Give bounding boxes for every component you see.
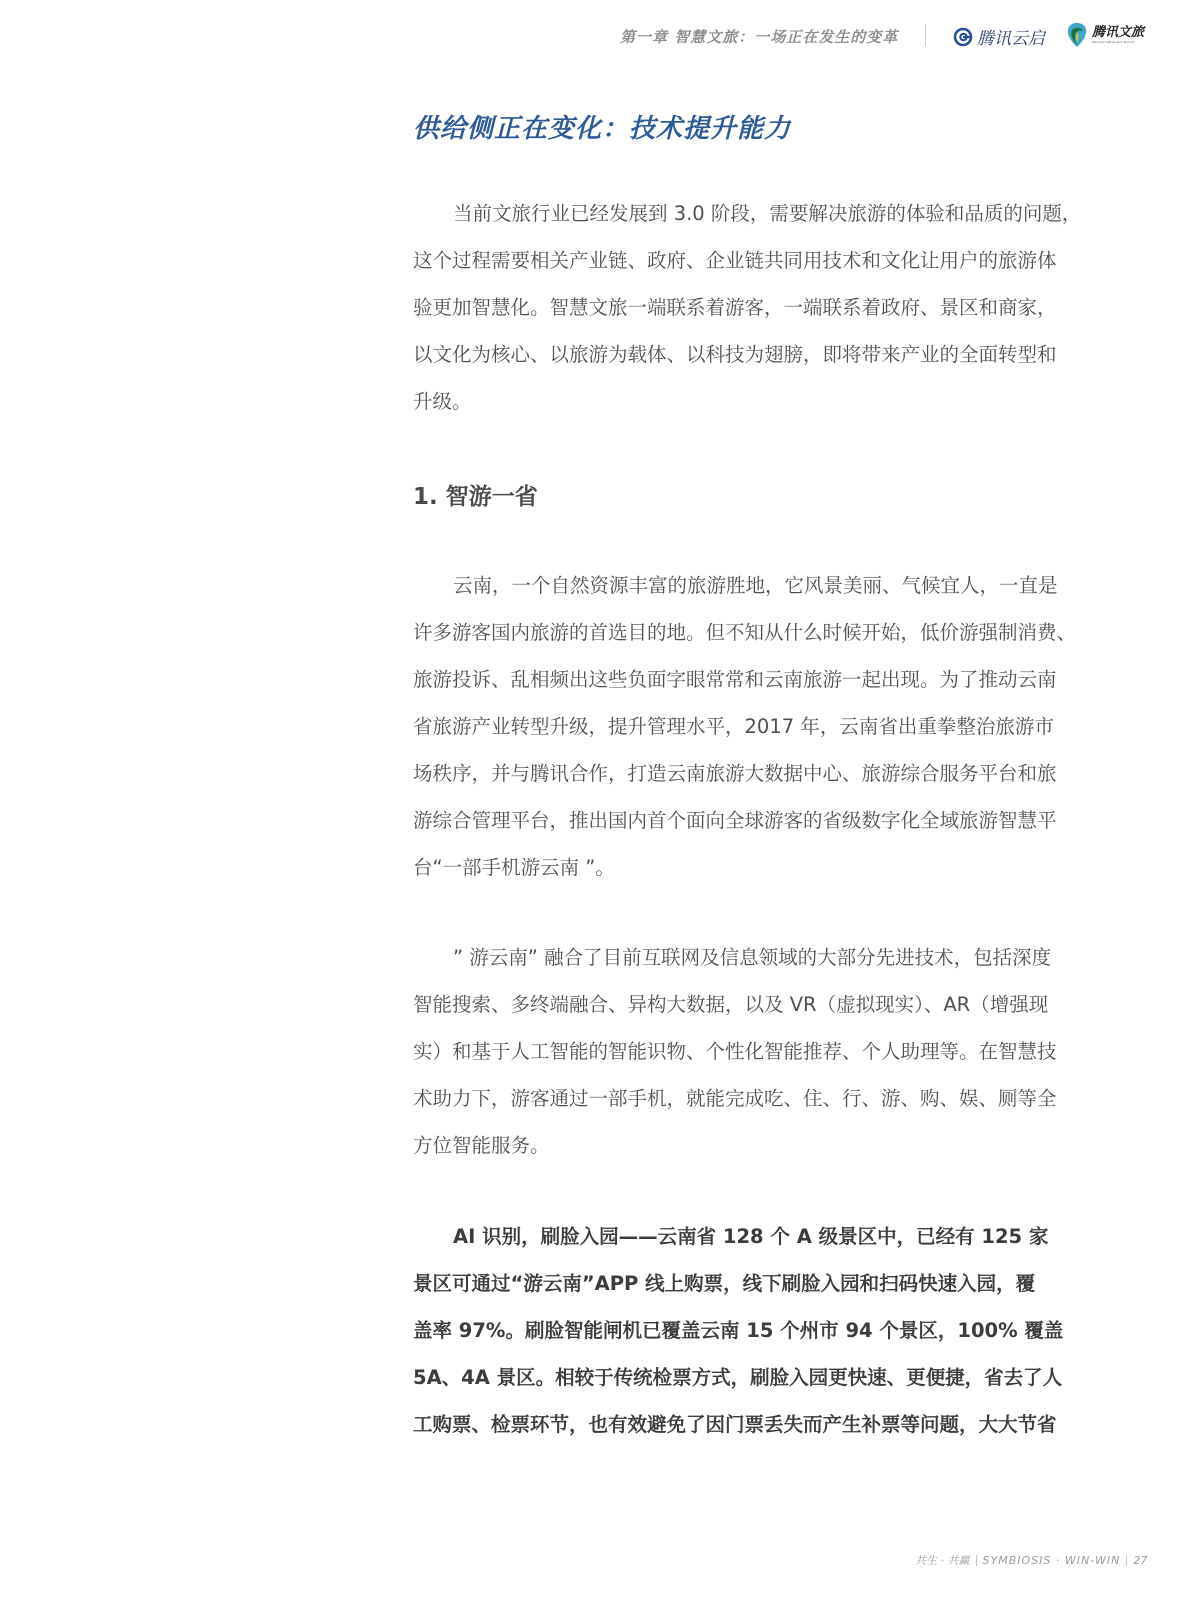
tencent-culture-logo-subtext: Tencent Culture and Tourism: [1092, 41, 1144, 44]
page-header: 第一章 智慧文旅：一场正在发生的变革 腾讯云启 腾讯文旅 Tencent Cul…: [0, 22, 1192, 52]
footer-divider: [1126, 1555, 1127, 1566]
paragraph-line: 实）和基于人工智能的智能识物、个性化智能推荐、个人助理等。在智慧技: [413, 1028, 1073, 1075]
chapter-title: 第一章 智慧文旅：一场正在发生的变革: [620, 26, 898, 47]
tencent-culture-logo: 腾讯文旅 Tencent Culture and Tourism: [1066, 22, 1144, 48]
tencent-cloud-logo: 腾讯云启: [953, 24, 1045, 49]
paragraph-line: 以文化为核心、以旅游为载体、以科技为翅膀，即将带来产业的全面转型和: [413, 331, 1073, 378]
paragraph-line: 工购票、检票环节，也有效避免了因门票丢失而产生补票等问题，大大节省: [413, 1401, 1073, 1448]
paragraph-line: 省旅游产业转型升级，提升管理水平，2017 年，云南省出重拳整治旅游市: [413, 703, 1073, 750]
paragraph-line: ” 游云南” 融合了目前互联网及信息领域的大部分先进技术，包括深度: [413, 934, 1073, 981]
paragraph-line: 景区可通过“游云南”APP 线上购票，线下刷脸入园和扫码快速入园，覆: [413, 1260, 1073, 1307]
footer-slogan-cn: 共生 · 共赢: [915, 1552, 970, 1568]
footer-slogan-en: SYMBIOSIS · WIN-WIN: [983, 1554, 1121, 1567]
ai-recognition-paragraph: AI 识别，刷脸入园——云南省 128 个 A 级景区中，已经有 125 家 景…: [413, 1213, 1073, 1448]
paragraph-line: AI 识别，刷脸入园——云南省 128 个 A 级景区中，已经有 125 家: [413, 1213, 1073, 1260]
page-footer: 共生 · 共赢 SYMBIOSIS · WIN-WIN 27: [0, 1552, 1192, 1572]
paragraph-line: 许多游客国内旅游的首选目的地。但不知从什么时候开始，低价游强制消费、: [413, 609, 1073, 656]
paragraph-line: 台“一部手机游云南 ”。: [413, 844, 1073, 891]
tencent-cloud-logo-text: 腾讯云启: [977, 24, 1045, 49]
yunnan-paragraph: 云南，一个自然资源丰富的旅游胜地，它风景美丽、气候宜人，一直是 许多游客国内旅游…: [413, 562, 1073, 891]
tencent-cloud-icon: [953, 27, 973, 47]
paragraph-line: 术助力下，游客通过一部手机，就能完成吃、住、行、游、购、娱、厕等全: [413, 1075, 1073, 1122]
app-paragraph: ” 游云南” 融合了目前互联网及信息领域的大部分先进技术，包括深度 智能搜索、多…: [413, 934, 1073, 1169]
subheading-smart-province: 1. 智游一省: [413, 478, 538, 511]
section-title: 供给侧正在变化：技术提升能力: [413, 108, 791, 145]
paragraph-line: 游综合管理平台，推出国内首个面向全球游客的省级数字化全域旅游智慧平: [413, 797, 1073, 844]
paragraph-line: 这个过程需要相关产业链、政府、企业链共同用技术和文化让用户的旅游体: [413, 237, 1073, 284]
paragraph-line: 盖率 97%。刷脸智能闸机已覆盖云南 15 个州市 94 个景区，100% 覆盖: [413, 1307, 1073, 1354]
paragraph-line: 5A、4A 景区。相较于传统检票方式，刷脸入园更快速、更便捷，省去了人: [413, 1354, 1073, 1401]
paragraph-line: 云南，一个自然资源丰富的旅游胜地，它风景美丽、气候宜人，一直是: [413, 562, 1073, 609]
footer-text: 共生 · 共赢 SYMBIOSIS · WIN-WIN 27: [915, 1552, 1147, 1568]
paragraph-line: 方位智能服务。: [413, 1122, 1073, 1169]
footer-divider: [976, 1555, 977, 1566]
paragraph-line: 验更加智慧化。智慧文旅一端联系着游客，一端联系着政府、景区和商家，: [413, 284, 1073, 331]
tencent-culture-logo-text: 腾讯文旅: [1092, 26, 1144, 39]
page-number: 27: [1133, 1554, 1147, 1567]
paragraph-line: 升级。: [413, 378, 1073, 425]
paragraph-line: 当前文旅行业已经发展到 3.0 阶段，需要解决旅游的体验和品质的问题，: [413, 190, 1073, 237]
paragraph-line: 场秩序，并与腾讯合作，打造云南旅游大数据中心、旅游综合服务平台和旅: [413, 750, 1073, 797]
header-divider: [925, 24, 926, 46]
paragraph-line: 旅游投诉、乱相频出这些负面字眼常常和云南旅游一起出现。为了推动云南: [413, 656, 1073, 703]
paragraph-line: 智能搜索、多终端融合、异构大数据，以及 VR（虚拟现实）、AR（增强现: [413, 981, 1073, 1028]
intro-paragraph: 当前文旅行业已经发展到 3.0 阶段，需要解决旅游的体验和品质的问题， 这个过程…: [413, 190, 1073, 425]
tencent-culture-tourism-icon: [1066, 22, 1088, 48]
